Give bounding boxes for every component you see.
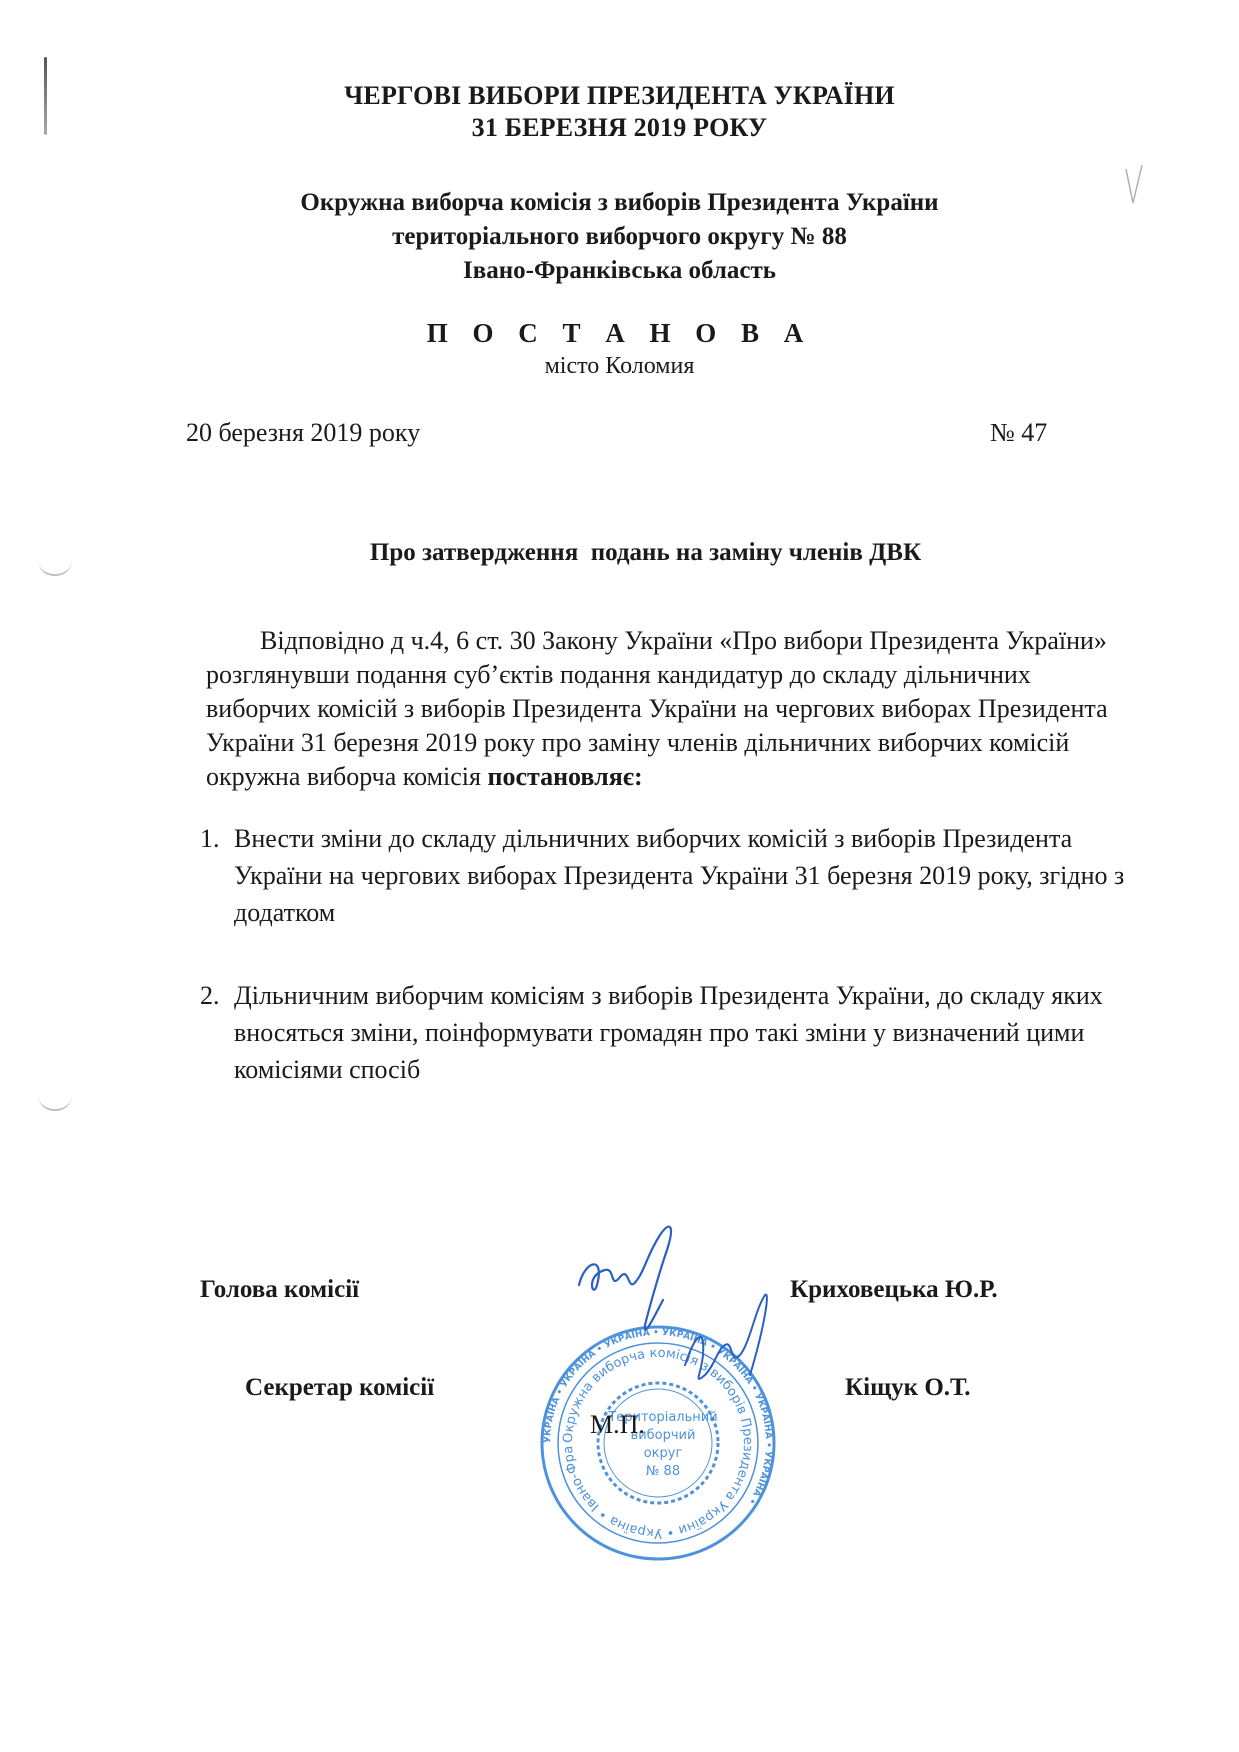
document-number: № 47 [990, 416, 1047, 450]
document-subject: Про затвердження подань на заміну членів… [0, 539, 1239, 567]
district-name: територіального виборчого округу № 88 [0, 220, 1239, 254]
commission-header: Окружна виборча комісія з виборів Презид… [0, 186, 1239, 288]
item-number: 2. [200, 977, 234, 1014]
item-number: 1. [200, 820, 234, 857]
election-title: ЧЕРГОВІ ВИБОРИ ПРЕЗИДЕНТА УКРАЇНИ 31 БЕР… [0, 80, 1239, 144]
chair-title: Голова комісії [200, 1276, 359, 1304]
svg-text:округ: округ [644, 1446, 683, 1461]
secretary-name: Кіщук О.Т. [845, 1374, 970, 1402]
region-name: Івано-Франківська область [0, 254, 1239, 288]
election-date-line: 31 БЕРЕЗНЯ 2019 РОКУ [0, 112, 1239, 144]
document-city: місто Коломия [0, 353, 1239, 380]
preamble-text: Відповідно д ч.4, 6 ст. 30 Закону Україн… [206, 626, 1108, 791]
punch-hole-mark [38, 1095, 72, 1111]
preamble-paragraph: Відповідно д ч.4, 6 ст. 30 Закону Україн… [206, 624, 1126, 794]
seal-place-mark: М.П. [590, 1410, 645, 1440]
item-text: Дільничним виборчим комісіям з виборів П… [234, 977, 1139, 1088]
decision-item: 2. Дільничним виборчим комісіям з виборі… [200, 977, 1140, 1089]
election-title-line: ЧЕРГОВІ ВИБОРИ ПРЕЗИДЕНТА УКРАЇНИ [0, 80, 1239, 112]
decision-item: 1. Внести зміни до складу дільничних виб… [200, 820, 1140, 932]
chair-signature [575, 1215, 775, 1425]
subject-text: Про затвердження подань на заміну членів… [370, 539, 921, 566]
document-date: 20 березня 2019 року [186, 416, 420, 450]
commission-name: Окружна виборча комісія з виборів Презид… [0, 186, 1239, 220]
svg-text:№ 88: № 88 [646, 1464, 680, 1479]
item-text: Внести зміни до складу дільничних виборч… [234, 820, 1139, 931]
secretary-title: Секретар комісії [245, 1374, 434, 1402]
decision-word: постановляє: [487, 762, 642, 791]
document-type: П О С Т А Н О В А [0, 318, 1239, 349]
chair-name: Криховецька Ю.Р. [790, 1276, 998, 1304]
